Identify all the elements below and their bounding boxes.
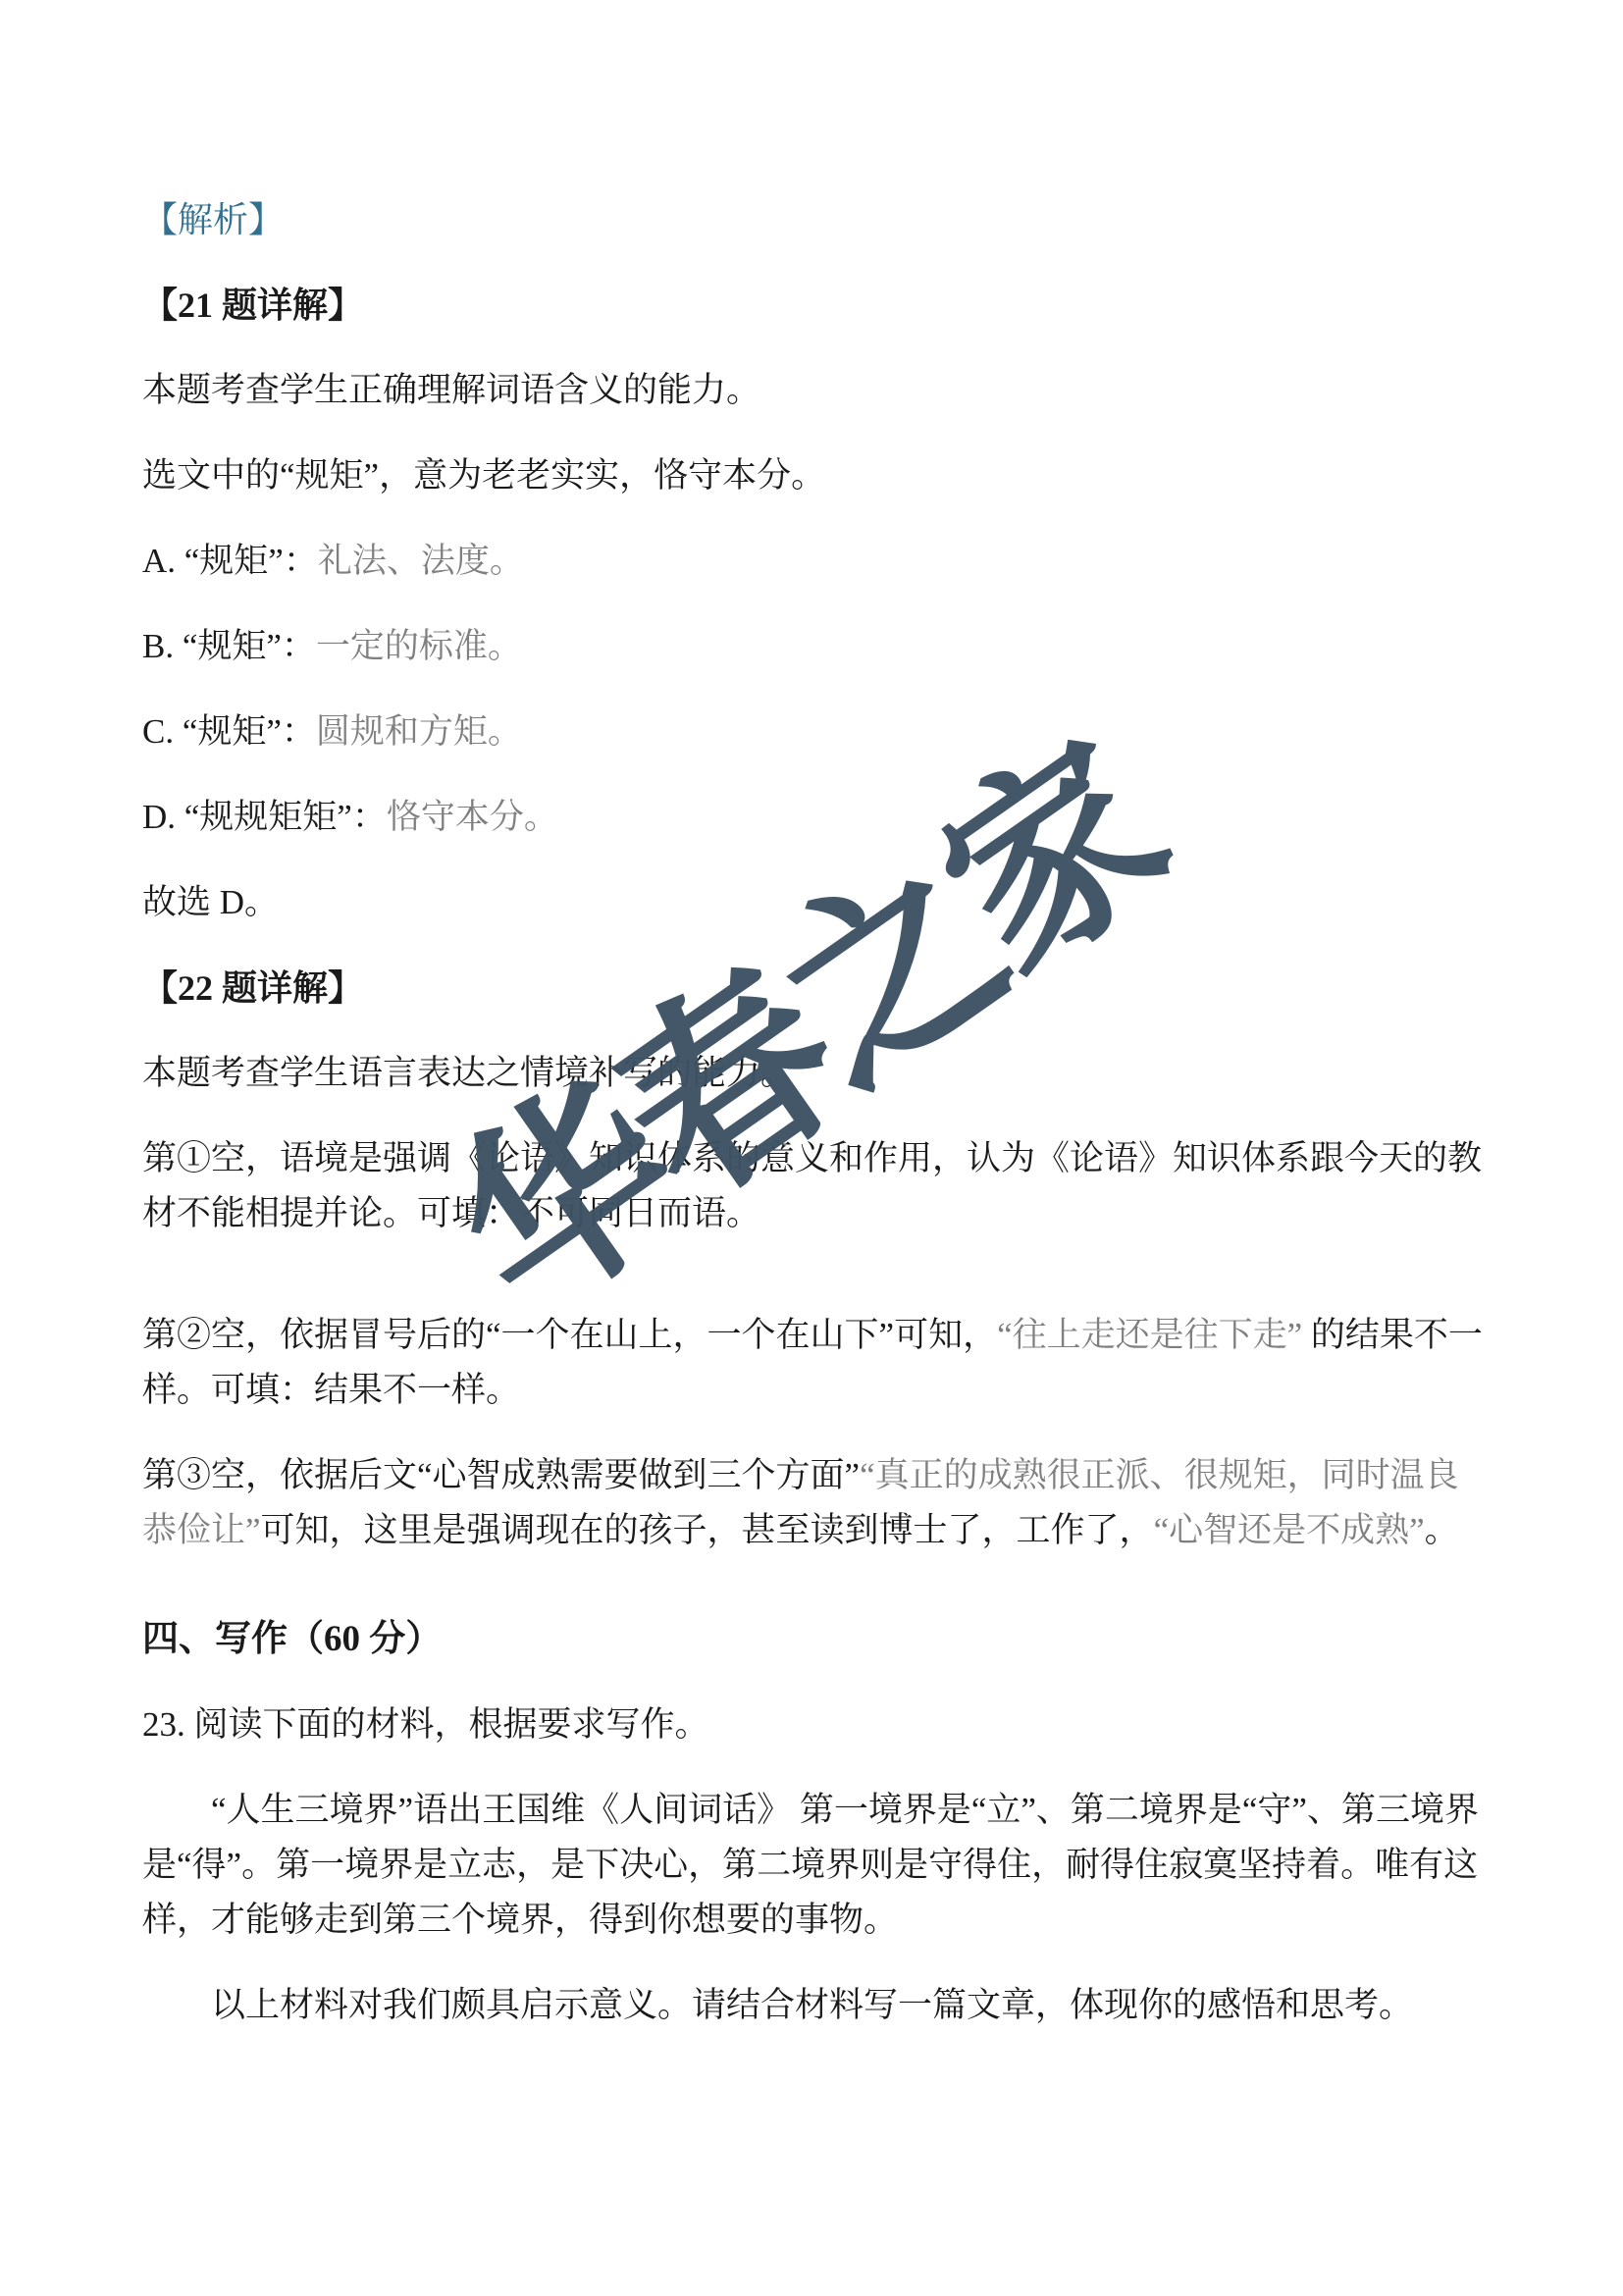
text-run: “人生三境界”语出王国维《人间词话》 第一境界是“立”、第二境界是“守”、第三境… (142, 1791, 1479, 1939)
text-run: 。 (1425, 1511, 1459, 1549)
q23-instruction: 以上材料对我们颇具启示意义。请结合材料写一篇文章，体现你的感悟和思考。 (142, 1978, 1488, 2033)
q21-ability: 本题考查学生正确理解词语含义的能力。 (142, 363, 1488, 418)
text-run-bold: 【22 题详解】 (142, 968, 363, 1008)
text-run-bold: 【21 题详解】 (142, 286, 363, 325)
text-run: 第②空，依据冒号后的“一个在山上，一个在山下”可知， (142, 1316, 997, 1354)
text-run-light: 恪守本分。 (387, 798, 558, 836)
text-run: 23. 阅读下面的材料，根据要求写作。 (142, 1705, 709, 1744)
text-run-light: 一定的标准。 (316, 627, 522, 665)
q22-heading: 【22 题详解】 (142, 961, 1488, 1016)
q22-blank2: 第②空，依据冒号后的“一个在山上，一个在山下”可知，“往上走还是往下走” 的结果… (142, 1308, 1488, 1418)
document-body: 【解析】【21 题详解】本题考查学生正确理解词语含义的能力。选文中的“规矩”，意… (0, 0, 1623, 2063)
q22-blank3: 第③空，依据后文“心智成熟需要做到三个方面”“真正的成熟很正派、很规矩，同时温良… (142, 1448, 1488, 1558)
q21-context: 选文中的“规矩”，意为老老实实，恪守本分。 (142, 448, 1488, 503)
option-a: A. “规矩”：礼法、法度。 (142, 534, 1488, 589)
text-run: 本题考查学生正确理解词语含义的能力。 (142, 371, 760, 409)
text-run: 可知，这里是强调现在的孩子，甚至读到博士了，工作了， (261, 1511, 1154, 1549)
text-run: D. “规规矩矩”： (142, 798, 387, 836)
text-run-teal: 【解析】 (142, 200, 284, 239)
text-run-light: 礼法、法度。 (318, 542, 524, 580)
q21-answer: 故选 D。 (142, 875, 1488, 930)
q23-prompt: 23. 阅读下面的材料，根据要求写作。 (142, 1697, 1488, 1752)
text-run-bold: 四、写作（60 分） (142, 1619, 442, 1659)
text-run: 以上材料对我们颇具启示意义。请结合材料写一篇文章，体现你的感悟和思考。 (211, 1986, 1413, 2024)
q21-heading: 【21 题详解】 (142, 278, 1488, 333)
text-run: 第③空，依据后文“心智成熟需要做到三个方面” (142, 1456, 860, 1494)
text-run: C. “规矩”： (142, 712, 316, 751)
text-run: B. “规矩”： (142, 627, 316, 665)
option-d: D. “规规矩矩”：恪守本分。 (142, 790, 1488, 845)
section-heading-writing: 四、写作（60 分） (142, 1612, 1488, 1667)
text-run-light: 圆规和方矩。 (316, 712, 522, 751)
q23-material: “人生三境界”语出王国维《人间词话》 第一境界是“立”、第二境界是“守”、第三境… (142, 1783, 1488, 1948)
text-run-light: “往上走还是往下走” (997, 1316, 1302, 1354)
analysis-label: 【解析】 (142, 192, 1488, 247)
option-b: B. “规矩”：一定的标准。 (142, 619, 1488, 674)
text-run: A. “规矩”： (142, 542, 318, 580)
text-run: 故选 D。 (142, 883, 279, 921)
text-run-light: “心智还是不成熟” (1154, 1511, 1425, 1549)
option-c: C. “规矩”：圆规和方矩。 (142, 704, 1488, 759)
q22-blank1: 第①空，语境是强调《论语》知识体系的意义和作用，认为《论语》知识体系跟今天的教材… (142, 1131, 1488, 1241)
text-run: 本题考查学生语言表达之情境补写的能力。 (142, 1054, 795, 1092)
q22-ability: 本题考查学生语言表达之情境补写的能力。 (142, 1046, 1488, 1101)
text-run: 第①空，语境是强调《论语》知识体系的意义和作用，认为《论语》知识体系跟今天的教材… (142, 1139, 1482, 1232)
text-run: 选文中的“规矩”，意为老老实实，恪守本分。 (142, 456, 825, 495)
